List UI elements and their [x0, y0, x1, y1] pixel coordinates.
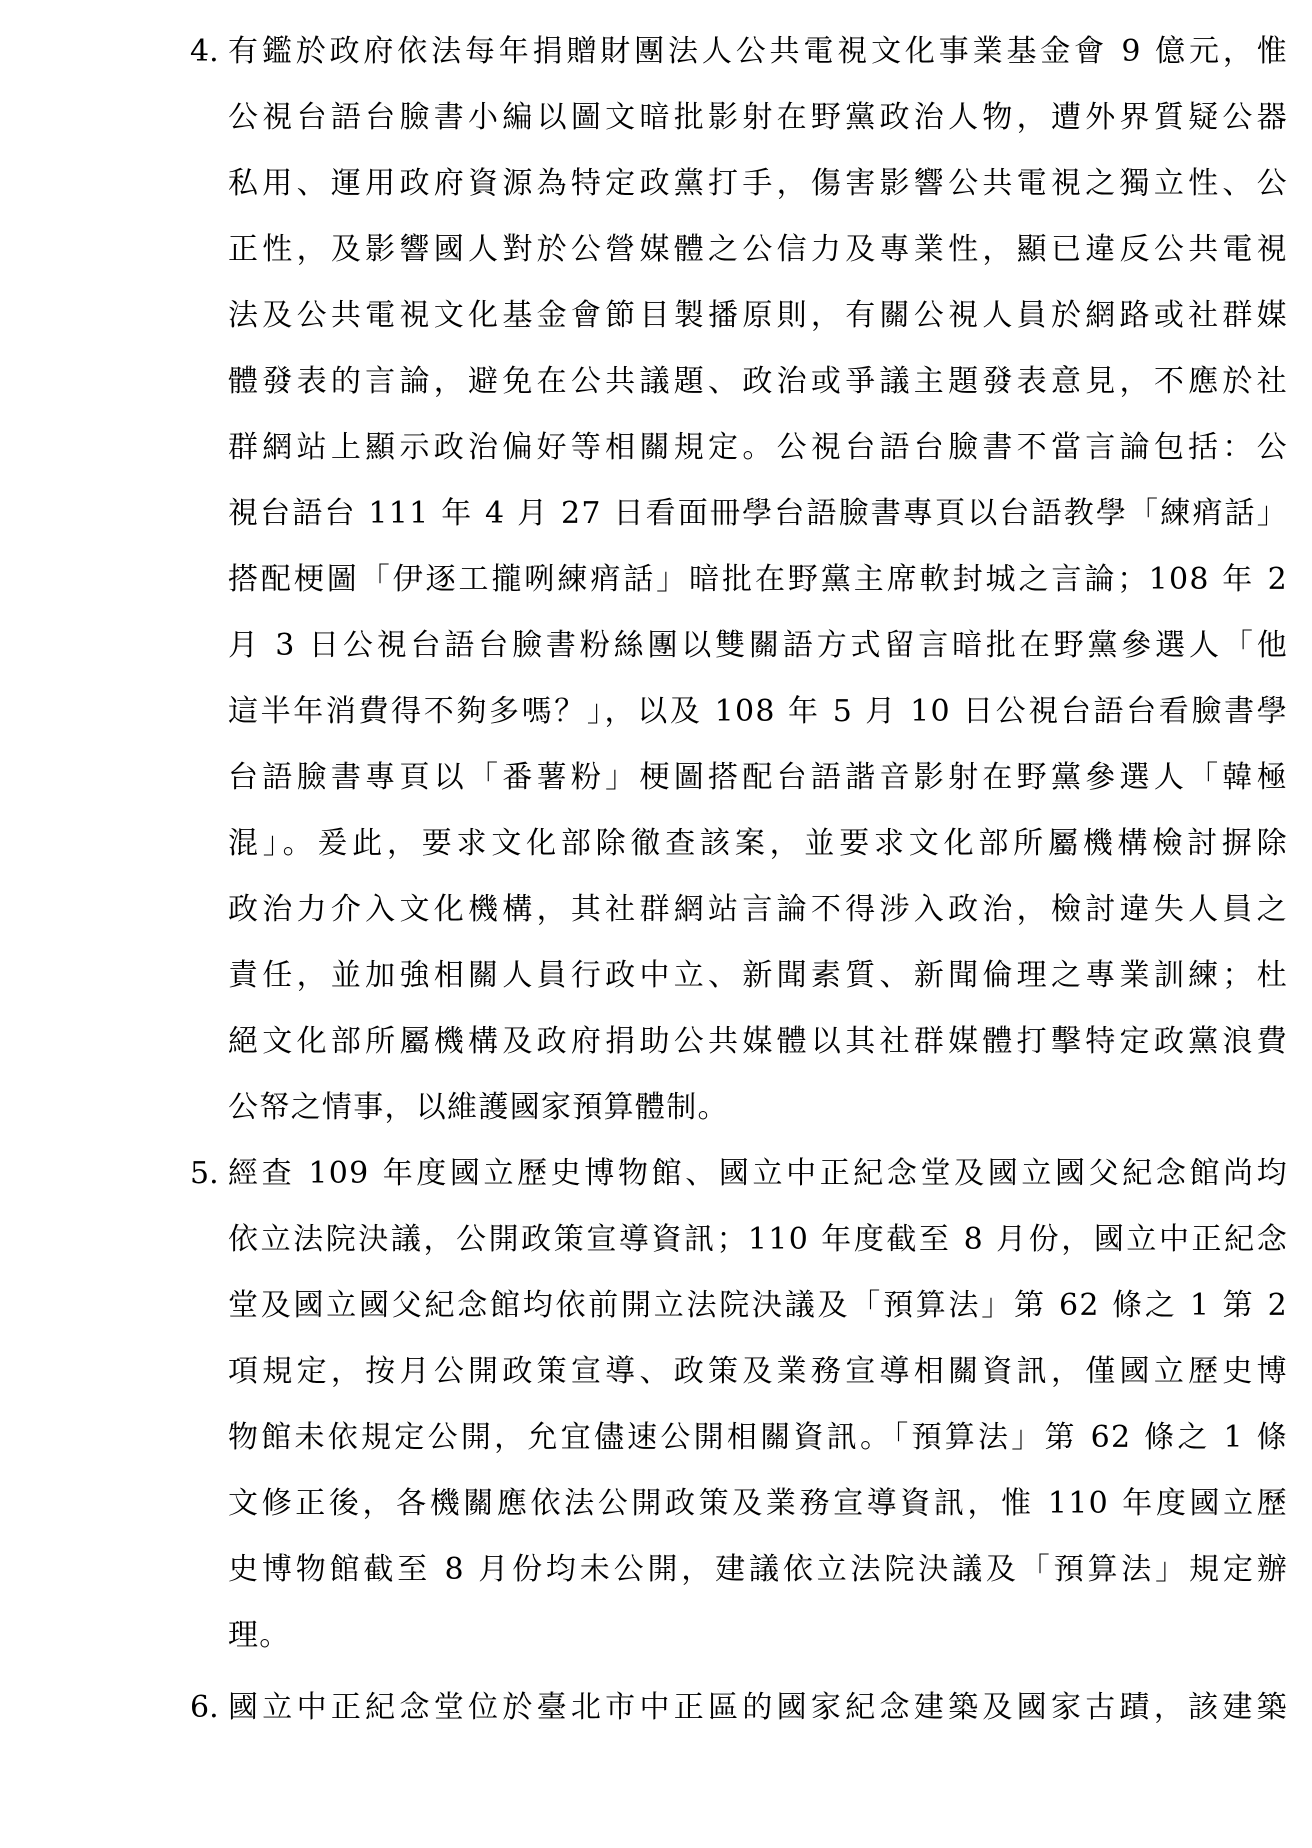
paragraph-line: 公帑之情事，以維護國家預算體制。 [228, 1088, 1288, 1128]
paragraph-line: 有鑑於政府依法每年捐贈財團法人公共電視文化事業基金會 9 億元，惟 [228, 32, 1288, 72]
paragraph-line: 搭配梗圖「伊逐工攏咧練痟話」暗批在野黨主席軟封城之言論；108 年 2 [228, 560, 1288, 600]
document-page: 4. 有鑑於政府依法每年捐贈財團法人公共電視文化事業基金會 9 億元，惟 公視台… [0, 0, 1312, 1848]
paragraph-line: 絕文化部所屬機構及政府捐助公共媒體以其社群媒體打擊特定政黨浪費 [228, 1022, 1288, 1062]
item-number: 4. [190, 32, 219, 72]
item-number: 6. [190, 1688, 219, 1728]
paragraph-line: 責任，並加強相關人員行政中立、新聞素質、新聞倫理之專業訓練；杜 [228, 956, 1288, 996]
paragraph-line: 理。 [228, 1616, 1288, 1656]
paragraph-line: 私用、運用政府資源為特定政黨打手，傷害影響公共電視之獨立性、公 [228, 164, 1288, 204]
paragraph-line: 政治力介入文化機構，其社群網站言論不得涉入政治，檢討違失人員之 [228, 890, 1288, 930]
paragraph-line: 經查 109 年度國立歷史博物館、國立中正紀念堂及國立國父紀念館尚均 [228, 1154, 1288, 1194]
paragraph-line: 公視台語台臉書小編以圖文暗批影射在野黨政治人物，遭外界質疑公器 [228, 98, 1288, 138]
paragraph-line: 月 3 日公視台語台臉書粉絲團以雙關語方式留言暗批在野黨參選人「他 [228, 626, 1288, 666]
paragraph-line: 台語臉書專頁以「番薯粉」梗圖搭配台語諧音影射在野黨參選人「韓極 [228, 758, 1288, 798]
paragraph-line: 法及公共電視文化基金會節目製播原則，有關公視人員於網路或社群媒 [228, 296, 1288, 336]
paragraph-line: 視台語台 111 年 4 月 27 日看面冊學台語臉書專頁以台語教學「練痟話」 [228, 494, 1288, 534]
paragraph-line: 體發表的言論，避免在公共議題、政治或爭議主題發表意見，不應於社 [228, 362, 1288, 402]
paragraph-line: 混」。爰此，要求文化部除徹查該案，並要求文化部所屬機構檢討摒除 [228, 824, 1288, 864]
paragraph-line: 文修正後，各機關應依法公開政策及業務宣導資訊，惟 110 年度國立歷 [228, 1484, 1288, 1524]
paragraph-line: 正性，及影響國人對於公營媒體之公信力及專業性，顯已違反公共電視 [228, 230, 1288, 270]
paragraph-line: 項規定，按月公開政策宣導、政策及業務宣導相關資訊，僅國立歷史博 [228, 1352, 1288, 1392]
paragraph-line: 堂及國立國父紀念館均依前開立法院決議及「預算法」第 62 條之 1 第 2 [228, 1286, 1288, 1326]
item-number: 5. [190, 1154, 219, 1194]
paragraph-line: 史博物館截至 8 月份均未公開，建議依立法院決議及「預算法」規定辦 [228, 1550, 1288, 1590]
paragraph-line: 物館未依規定公開，允宜儘速公開相關資訊。「預算法」第 62 條之 1 條 [228, 1418, 1288, 1458]
paragraph-line: 國立中正紀念堂位於臺北市中正區的國家紀念建築及國家古蹟，該建築 [228, 1688, 1288, 1728]
paragraph-line: 這半年消費得不夠多嗎？」，以及 108 年 5 月 10 日公視台語台看臉書學 [228, 692, 1288, 732]
paragraph-line: 群網站上顯示政治偏好等相關規定。公視台語台臉書不當言論包括：公 [228, 428, 1288, 468]
paragraph-line: 依立法院決議，公開政策宣導資訊；110 年度截至 8 月份，國立中正紀念 [228, 1220, 1288, 1260]
